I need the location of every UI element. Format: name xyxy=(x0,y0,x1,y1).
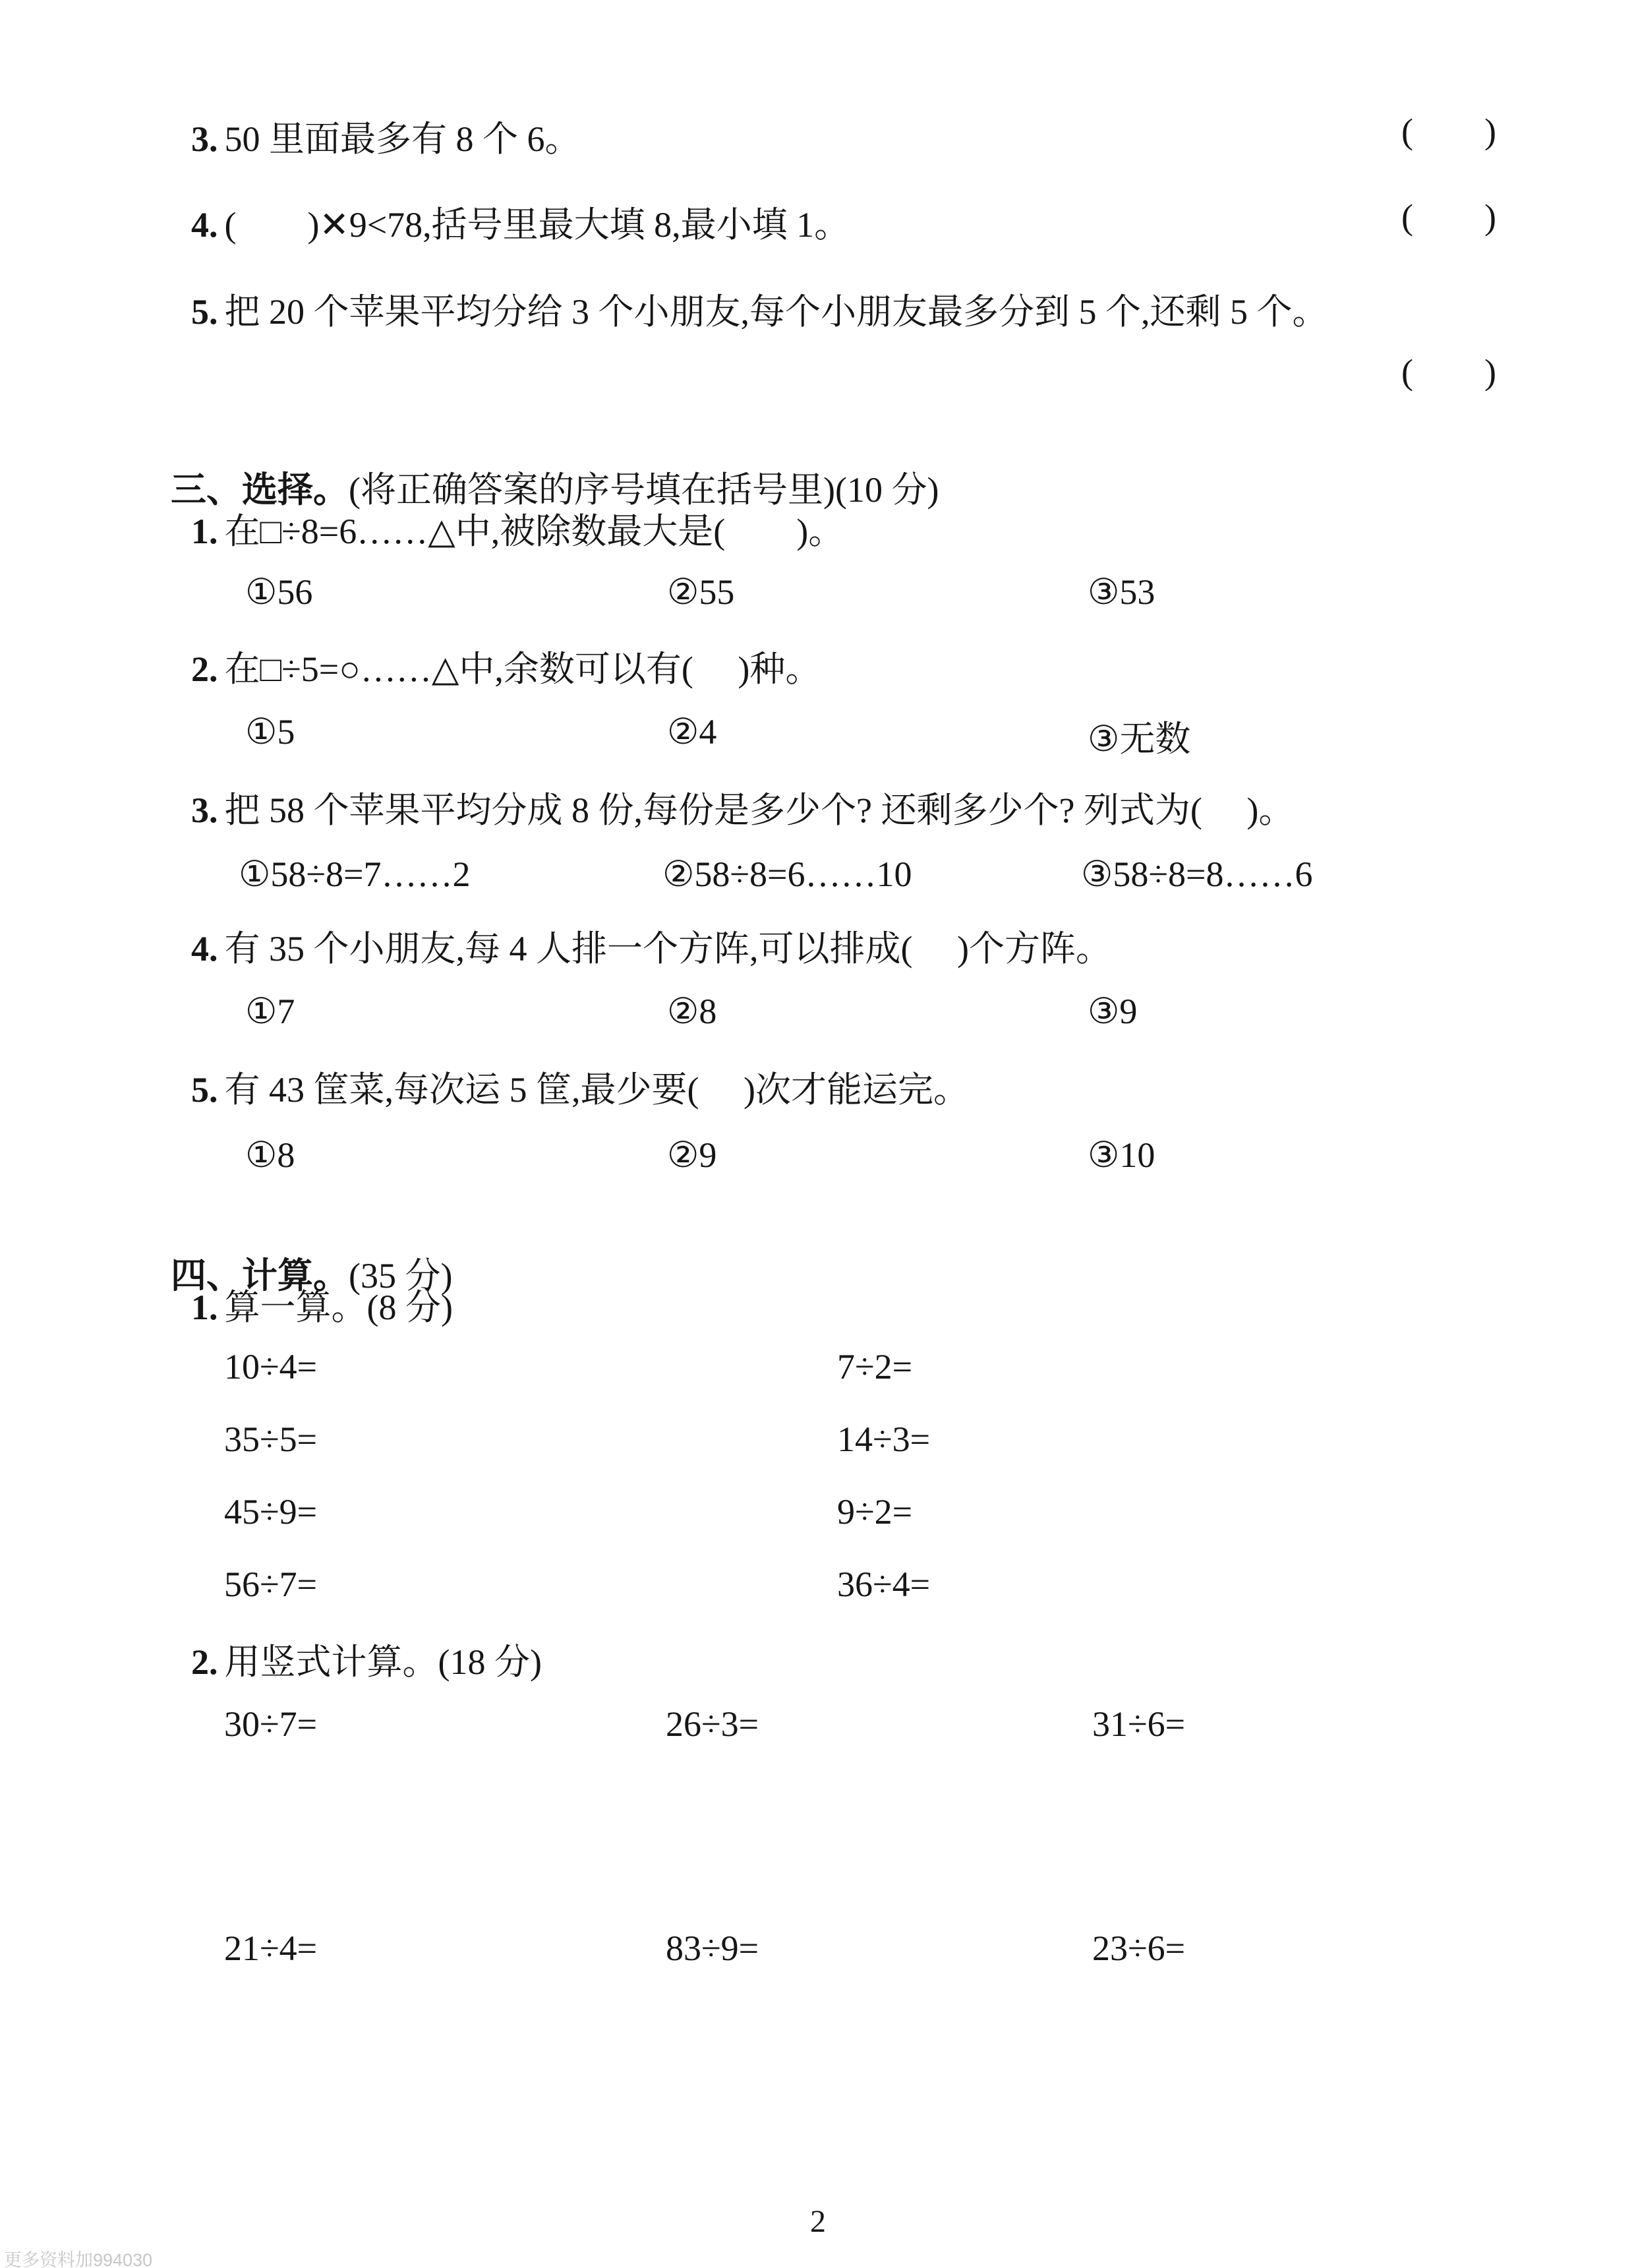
question-number: 3. xyxy=(191,791,225,830)
question-text: 在□÷5=○……△中,余数可以有( )种。 xyxy=(225,649,821,689)
option-2: ②9 xyxy=(667,1134,716,1176)
choice-question-1: 1.在□÷8=6……△中,被除数最大是( )。 xyxy=(191,503,1616,554)
calc-expression: 10÷4= xyxy=(224,1346,317,1387)
item-number: 5. xyxy=(191,292,225,332)
judgement-item-3-text: 3.50 里面最多有 8 个 6。 xyxy=(191,111,581,162)
calc-expression: 45÷9= xyxy=(224,1491,317,1532)
judgement-item-4: 4.( )✕9<78,括号里最大填 8,最小填 1。 ( ) xyxy=(191,196,1496,247)
question-text: 把 58 个苹果平均分成 8 份,每份是多少个? 还剩多少个? 列式为( )。 xyxy=(225,791,1295,830)
vertical-calc-row-1: 30÷7= 26÷3= 31÷6= xyxy=(0,1704,1636,1752)
item-number: 4. xyxy=(191,205,225,245)
oral-calc-row-4: 56÷7= 36÷4= xyxy=(0,1564,1636,1613)
oral-calc-row-3: 45÷9= 9÷2= xyxy=(0,1491,1636,1540)
option-1: ①56 xyxy=(245,571,312,612)
calc-expression: 31÷6= xyxy=(1092,1704,1185,1745)
vertical-calc-row-2: 21÷4= 83÷9= 23÷6= xyxy=(0,1928,1636,1977)
option-1: ①8 xyxy=(245,1134,295,1176)
item-number: 3. xyxy=(191,119,225,159)
worksheet-page: 3.50 里面最多有 8 个 6。 ( ) 4.( )✕9<78,括号里最大填 … xyxy=(0,0,1636,2268)
calc-sub2-header: 2.用竖式计算。(18 分) xyxy=(191,1634,1616,1685)
option-1: ①5 xyxy=(245,711,295,752)
calc-expression: 35÷5= xyxy=(224,1419,317,1460)
option-3: ③53 xyxy=(1088,571,1155,612)
judgement-item-3: 3.50 里面最多有 8 个 6。 ( ) xyxy=(191,111,1496,162)
option-3: ③无数 xyxy=(1088,711,1190,761)
option-1: ①7 xyxy=(245,990,295,1032)
item-text: 50 里面最多有 8 个 6。 xyxy=(225,119,581,159)
question-text: 有 43 筐菜,每次运 5 筐,最少要( )次才能运完。 xyxy=(225,1070,969,1110)
calc-expression: 56÷7= xyxy=(224,1564,317,1605)
sub-item-number: 1. xyxy=(191,1288,225,1327)
option-2: ②8 xyxy=(667,990,716,1032)
option-2: ②4 xyxy=(667,711,716,752)
choice-question-1-options: ①56 ②55 ③53 xyxy=(0,571,1636,620)
question-number: 2. xyxy=(191,649,225,689)
answer-bracket: ( ) xyxy=(1401,111,1496,152)
choice-question-5-options: ①8 ②9 ③10 xyxy=(0,1134,1636,1183)
watermark-text: 更多资料加994030 xyxy=(4,2246,152,2268)
choice-question-4-options: ①7 ②8 ③9 xyxy=(0,990,1636,1039)
calc-expression: 14÷3= xyxy=(837,1419,930,1460)
question-text: 有 35 个小朋友,每 4 人排一个方阵,可以排成( )个方阵。 xyxy=(225,929,1111,969)
option-2: ②58÷8=6……10 xyxy=(662,853,912,895)
question-number: 5. xyxy=(191,1070,225,1110)
calc-sub1-header: 1.算一算。(8 分) xyxy=(191,1279,1616,1330)
answer-bracket: ( ) xyxy=(1401,352,1496,392)
question-number: 4. xyxy=(191,929,225,969)
option-1: ①58÷8=7……2 xyxy=(239,853,471,895)
oral-calc-row-1: 10÷4= 7÷2= xyxy=(0,1346,1636,1395)
question-number: 1. xyxy=(191,512,225,551)
choice-question-5: 5.有 43 筐菜,每次运 5 筐,最少要( )次才能运完。 xyxy=(191,1061,1616,1112)
item-text: 把 20 个苹果平均分给 3 个小朋友,每个小朋友最多分到 5 个,还剩 5 个… xyxy=(225,292,1328,332)
sub-item-text: 用竖式计算。(18 分) xyxy=(225,1642,542,1682)
calc-expression: 36÷4= xyxy=(837,1564,930,1605)
option-3: ③10 xyxy=(1088,1134,1155,1176)
sub-item-text: 算一算。(8 分) xyxy=(225,1288,453,1327)
choice-question-3-options: ①58÷8=7……2 ②58÷8=6……10 ③58÷8=8……6 xyxy=(0,853,1636,902)
item-text: ( )✕9<78,括号里最大填 8,最小填 1。 xyxy=(225,205,850,245)
choice-question-2: 2.在□÷5=○……△中,余数可以有( )种。 xyxy=(191,641,1616,692)
option-3: ③9 xyxy=(1088,990,1137,1032)
sub-item-number: 2. xyxy=(191,1642,225,1682)
option-3: ③58÷8=8……6 xyxy=(1081,853,1313,895)
calc-expression: 26÷3= xyxy=(666,1704,759,1745)
answer-bracket: ( ) xyxy=(1401,196,1496,237)
question-text: 在□÷8=6……△中,被除数最大是( )。 xyxy=(225,512,844,551)
judgement-item-5-bracket-line: ( ) xyxy=(191,351,1496,392)
option-2: ②55 xyxy=(667,571,734,612)
choice-question-3: 3.把 58 个苹果平均分成 8 份,每份是多少个? 还剩多少个? 列式为( )… xyxy=(191,782,1616,833)
calc-expression: 9÷2= xyxy=(837,1491,912,1532)
choice-question-2-options: ①5 ②4 ③无数 xyxy=(0,711,1636,760)
calc-expression: 30÷7= xyxy=(224,1704,317,1745)
judgement-item-5: 5.把 20 个苹果平均分给 3 个小朋友,每个小朋友最多分到 5 个,还剩 5… xyxy=(191,283,1616,334)
calc-expression: 23÷6= xyxy=(1092,1928,1185,1969)
oral-calc-row-2: 35÷5= 14÷3= xyxy=(0,1419,1636,1468)
calc-expression: 7÷2= xyxy=(837,1346,912,1387)
choice-question-4: 4.有 35 个小朋友,每 4 人排一个方阵,可以排成( )个方阵。 xyxy=(191,920,1616,971)
page-number: 2 xyxy=(0,2203,1636,2240)
judgement-item-4-text: 4.( )✕9<78,括号里最大填 8,最小填 1。 xyxy=(191,196,850,247)
calc-expression: 83÷9= xyxy=(666,1928,759,1969)
calc-expression: 21÷4= xyxy=(224,1928,317,1969)
